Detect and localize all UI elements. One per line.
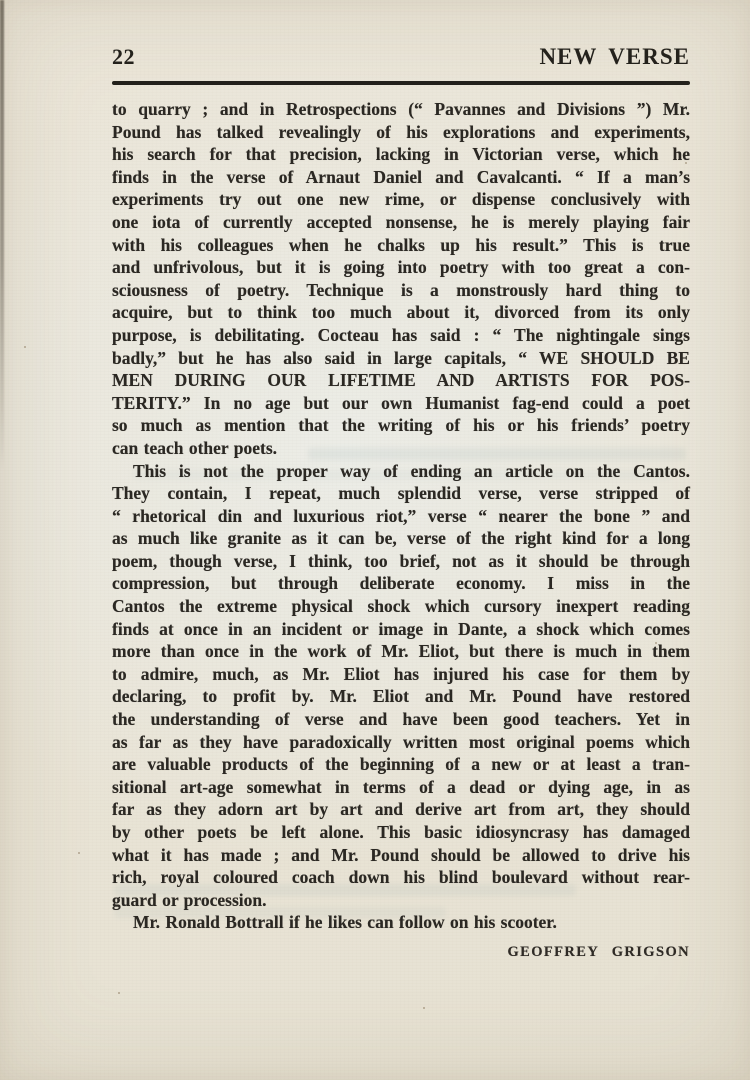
text-line: more than once in the work of Mr. Eliot,… [112,640,690,663]
text-line: to quarry ; and in Retrospections (“ Pav… [112,98,690,121]
text-line: are valuable products of the beginning o… [112,753,690,776]
text-line: purpose, is debilitating. Cocteau has sa… [112,324,690,347]
text-line: compression, but through deliberate econ… [112,572,690,595]
text-line: “ rhetorical din and luxurious riot,” ve… [112,505,690,528]
text-line: rich, royal coloured coach down his blin… [112,866,690,889]
text-line: can teach other poets. [112,437,690,460]
text-line: finds in the verse of Arnaut Daniel and … [112,166,690,189]
text-line: experiments try out one new rime, or dis… [112,188,690,211]
text-line: so much as mention that the writing of h… [112,414,690,437]
text-line: sciousness of poetry. Technique is a mon… [112,279,690,302]
scanned-page: 22 NEW VERSE to quarry ; and in Retrospe… [0,0,750,1080]
page-number: 22 [112,44,135,70]
author-signature: GEOFFREY GRIGSON [112,944,690,961]
article-body: to quarry ; and in Retrospections (“ Pav… [112,98,690,934]
text-line: to admire, much, as Mr. Eliot has injure… [112,663,690,686]
page-header: 22 NEW VERSE [112,44,690,72]
text-line: guard or procession. [112,889,690,912]
paper-speck [24,346,26,348]
text-line: and unfrivolous, but it is going into po… [112,256,690,279]
text-line: one iota of currently accepted nonsense,… [112,211,690,234]
text-line: They contain, I repeat, much splendid ve… [112,482,690,505]
scan-edge-shadow [0,0,4,470]
text-line: sitional art-age somewhat in terms of a … [112,776,690,799]
text-line: his search for that precision, lacking i… [112,143,690,166]
header-rule [112,81,690,85]
text-line: by other poets be left alone. This basic… [112,821,690,844]
text-line: declaring, to profit by. Mr. Eliot and M… [112,685,690,708]
text-line: badly,” but he has also said in large ca… [112,347,690,370]
text-line: MEN DURING OUR LIFETIME AND ARTISTS FOR … [112,369,690,392]
text-line: with his colleagues when he chalks up hi… [112,234,690,257]
journal-title: NEW VERSE [539,44,690,70]
text-line: poem, though verse, I think, too brief, … [112,550,690,573]
paper-speck [78,852,80,854]
text-line: finds at once in an incident or image in… [112,618,690,641]
paper-speck [118,992,120,994]
text-line: far as they adorn art by art and derive … [112,798,690,821]
page-content: 22 NEW VERSE to quarry ; and in Retrospe… [112,44,690,961]
paper-speck [423,1007,425,1009]
text-line: as much like granite as it can be, verse… [112,527,690,550]
text-line: Pound has talked revealingly of his expl… [112,121,690,144]
text-line: the understanding of verse and have been… [112,708,690,731]
text-line: as far as they have paradoxically writte… [112,731,690,754]
text-line: Mr. Ronald Bottrall if he likes can foll… [112,911,690,934]
text-line: This is not the proper way of ending an … [112,460,690,483]
text-line: acquire, but to think too much about it,… [112,301,690,324]
text-line: TERITY.” In no age but our own Humanist … [112,392,690,415]
text-line: what it has made ; and Mr. Pound should … [112,844,690,867]
text-line: Cantos the extreme physical shock which … [112,595,690,618]
